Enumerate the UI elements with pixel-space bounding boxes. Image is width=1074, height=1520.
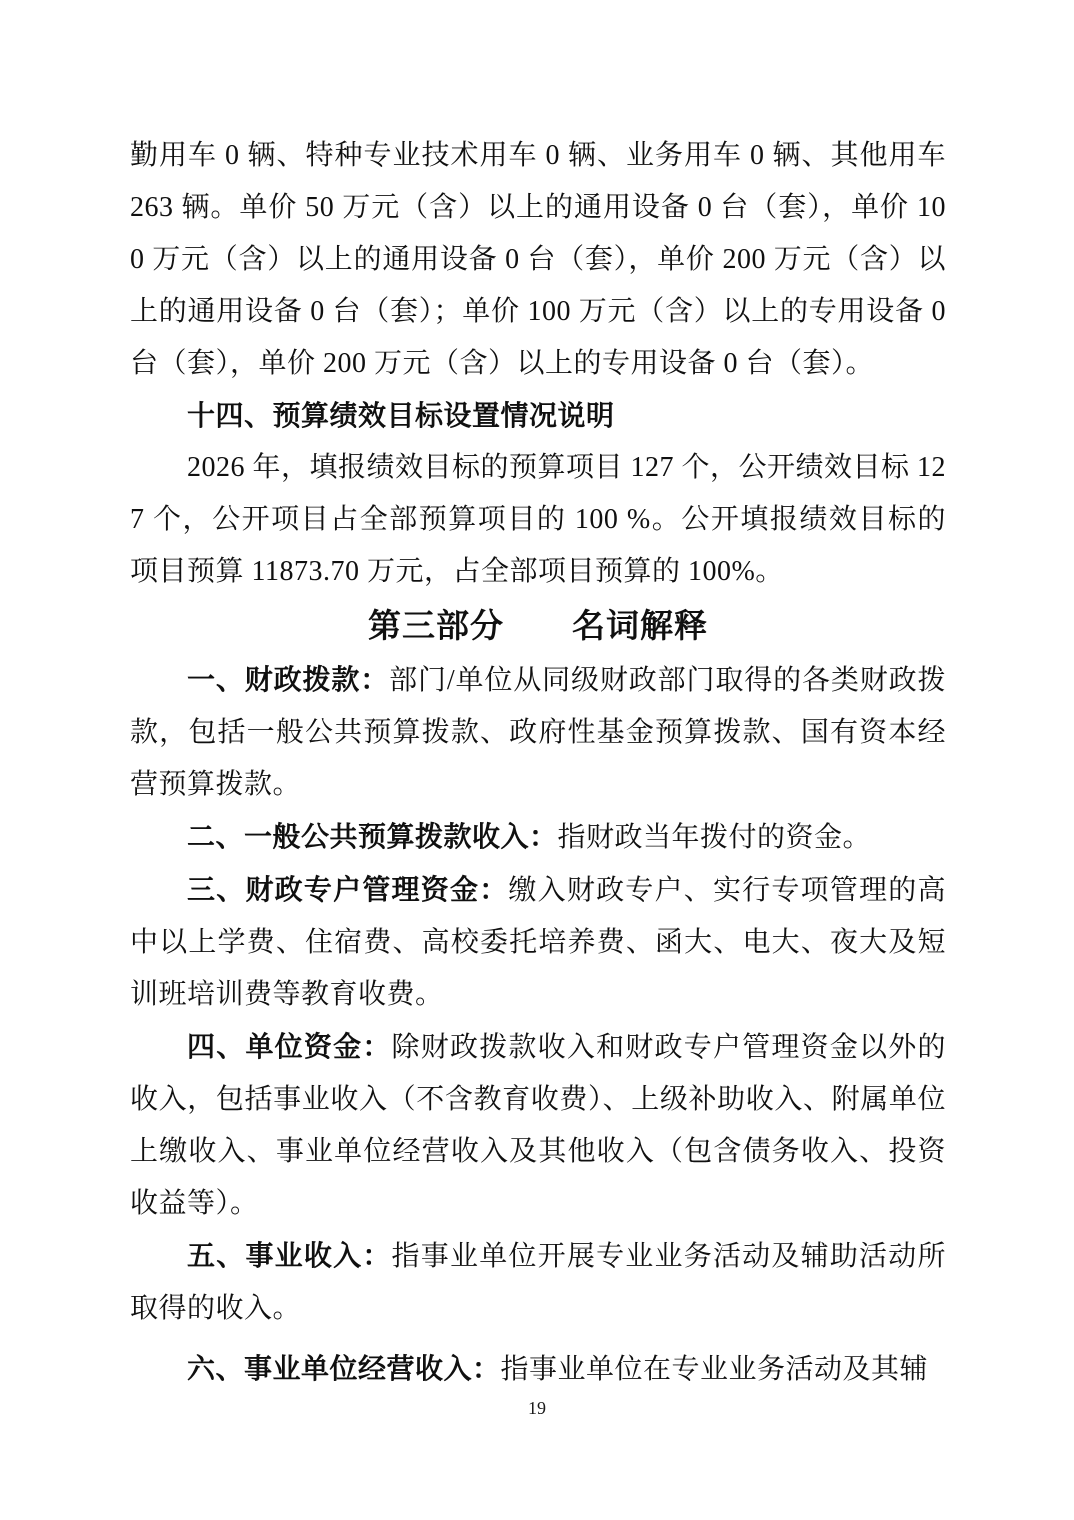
definition-term-2: 二、一般公共预算拨款收入： [187, 821, 558, 852]
definition-term-1: 一、财政拨款： [187, 664, 389, 695]
definition-term-5: 五、事业收入： [187, 1240, 392, 1271]
definition-item-5: 五、事业收入：指事业单位开展专业业务活动及辅助活动所取得的收入。 [130, 1230, 946, 1335]
section-14-paragraph: 2026 年，填报绩效目标的预算项目 127 个，公开绩效目标 127 个，公开… [130, 442, 946, 598]
paragraph-equipment-continuation: 勤用车 0 辆、特种专业技术用车 0 辆、业务用车 0 辆、其他用车 263 辆… [130, 130, 946, 390]
document-page: 勤用车 0 辆、特种专业技术用车 0 辆、业务用车 0 辆、其他用车 263 辆… [0, 0, 1074, 1520]
definition-term-6: 六、事业单位经营收入： [187, 1353, 501, 1384]
definition-term-3: 三、财政专户管理资金： [187, 874, 508, 905]
section-14-heading: 十四、预算绩效目标设置情况说明 [130, 390, 946, 442]
definition-item-6: 六、事业单位经营收入：指事业单位在专业业务活动及其辅 [130, 1343, 946, 1396]
definition-term-4: 四、单位资金： [187, 1031, 392, 1062]
part-3-heading: 第三部分 名词解释 [130, 598, 946, 654]
definition-item-1: 一、财政拨款：部门/单位从同级财政部门取得的各类财政拨款，包括一般公共预算拨款、… [130, 654, 946, 811]
definition-text-2: 指财政当年拨付的资金。 [558, 822, 872, 853]
definition-item-4: 四、单位资金：除财政拨款收入和财政专户管理资金以外的收入，包括事业收入（不含教育… [130, 1021, 946, 1230]
definition-item-2: 二、一般公共预算拨款收入：指财政当年拨付的资金。 [130, 811, 946, 864]
page-number: 19 [0, 1398, 1074, 1418]
document-body: 勤用车 0 辆、特种专业技术用车 0 辆、业务用车 0 辆、其他用车 263 辆… [130, 130, 946, 1396]
definition-text-6: 指事业单位在专业业务活动及其辅 [501, 1354, 929, 1385]
definition-item-3: 三、财政专户管理资金：缴入财政专户、实行专项管理的高中以上学费、住宿费、高校委托… [130, 864, 946, 1021]
